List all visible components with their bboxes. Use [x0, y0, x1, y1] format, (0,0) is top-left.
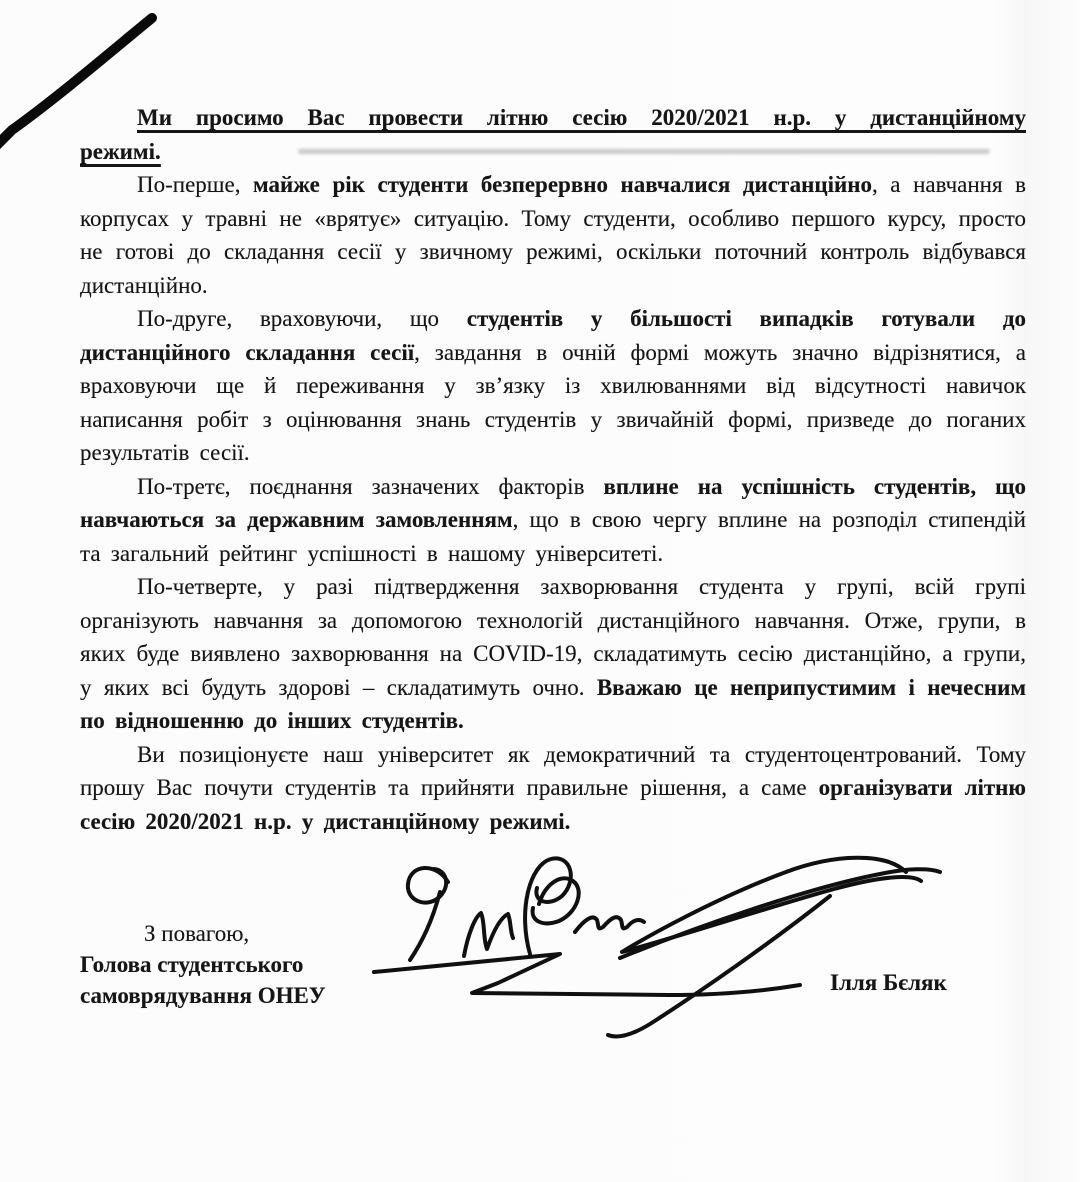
letter-subject-heading: Ми просимо Вас провести літню сесію 2020…	[80, 101, 1026, 168]
closing-block: З повагою, Голова студентського самовряд…	[80, 918, 326, 1011]
paragraph-second: По-друге, враховуючи, що студентів у біл…	[80, 302, 1026, 470]
paragraph-first: По-перше, майже рік студенти безперервно…	[80, 168, 1026, 302]
handwritten-signature-icon	[368, 842, 944, 1048]
letter-body: Ми просимо Вас провести літню сесію 2020…	[80, 101, 1026, 838]
paragraph-third: По-третє, поєднання зазначених факторів …	[80, 470, 1026, 571]
heading-line-1: Ми просимо Вас провести літню сесію 2020…	[80, 101, 1026, 135]
closing-salutation: З повагою,	[80, 918, 326, 949]
scanned-letter-page: Ми просимо Вас провести літню сесію 2020…	[0, 0, 1080, 1182]
closing-title-line-2: самоврядування ОНЕУ	[80, 980, 326, 1011]
signer-name: Ілля Бєляк	[830, 970, 947, 996]
heading-line-2: режимі.	[80, 135, 1026, 169]
closing-title-line-1: Голова студентського	[80, 949, 326, 980]
paragraph-fourth: По-четверте, у разі підтвердження захвор…	[80, 570, 1026, 738]
paragraph-fifth: Ви позиціонуєте наш університет як демок…	[80, 738, 1026, 839]
